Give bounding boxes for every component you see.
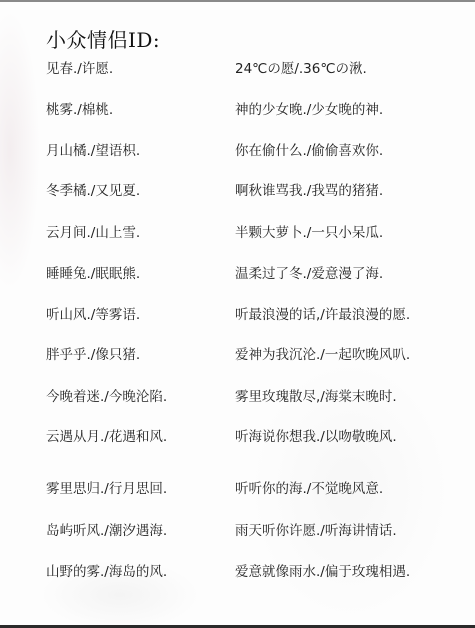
left-id: 月山橘./望语枳. xyxy=(46,141,140,161)
right-id: 爱意就像雨水./偏于玫瑰相遇. xyxy=(235,562,410,582)
right-id: 听听你的海./不觉晚风意. xyxy=(235,479,383,499)
left-id: 冬季橘./又见夏. xyxy=(46,181,140,201)
list-item: 冬季橘./又见夏. 啊秋谁骂我./我骂的猪猪. xyxy=(0,181,475,201)
left-id: 山野的雾./海岛的风. xyxy=(46,562,167,582)
list-item: 月山橘./望语枳. 你在偷什么./偷偷喜欢你. xyxy=(0,141,475,161)
list-item: 雾里思归./行月思回. 听听你的海./不觉晚风意. xyxy=(0,479,475,499)
left-id: 岛屿听风./潮汐遇海. xyxy=(46,521,167,541)
right-id: 雨天听你许愿./听海讲情话. xyxy=(235,521,397,541)
list-item: 岛屿听风./潮汐遇海. 雨天听你许愿./听海讲情话. xyxy=(0,521,475,541)
right-id: 神的少女晚./少女晚的神. xyxy=(235,100,383,120)
left-id: 胖乎乎./像只猪. xyxy=(46,345,140,365)
list-item: 见春./许愿. 24℃の愿/.36℃の湫. xyxy=(0,59,475,79)
list-item: 听山风./等雾语. 听最浪漫的话,/许最浪漫的愿. xyxy=(0,305,475,325)
left-id: 见春./许愿. xyxy=(46,59,113,79)
left-id: 睡睡兔./眠眠熊. xyxy=(46,264,140,284)
list-item: 睡睡兔./眠眠熊. 温柔过了冬./爱意漫了海. xyxy=(0,264,475,284)
left-id: 云月间./山上雪. xyxy=(46,223,140,243)
page-title: 小众情侣ID: xyxy=(46,24,160,53)
list-item: 山野的雾./海岛的风. 爱意就像雨水./偏于玫瑰相遇. xyxy=(0,562,475,582)
left-id: 桃雾./棉桃. xyxy=(46,100,113,120)
list-item: 云月间./山上雪. 半颗大萝卜./一只小呆瓜. xyxy=(0,223,475,243)
right-id: 24℃の愿/.36℃の湫. xyxy=(235,59,367,79)
right-id: 听最浪漫的话,/许最浪漫的愿. xyxy=(235,305,410,325)
list-item: 云遇从月./花遇和风. 听海说你想我./以吻敬晚风. xyxy=(0,427,475,447)
right-id: 雾里玫瑰散尽,/海棠末晚时. xyxy=(235,387,397,407)
left-id: 雾里思归./行月思回. xyxy=(46,479,167,499)
list-item: 胖乎乎./像只猪. 爱神为我沉沦./一起吹晚风叭. xyxy=(0,345,475,365)
right-id: 你在偷什么./偷偷喜欢你. xyxy=(235,141,383,161)
right-id: 爱神为我沉沦./一起吹晚风叭. xyxy=(235,345,410,365)
list-item: 今晚着迷./今晚沦陷. 雾里玫瑰散尽,/海棠末晚时. xyxy=(0,387,475,407)
left-id: 云遇从月./花遇和风. xyxy=(46,427,167,447)
left-id: 听山风./等雾语. xyxy=(46,305,140,325)
right-id: 温柔过了冬./爱意漫了海. xyxy=(235,264,383,284)
left-id: 今晚着迷./今晚沦陷. xyxy=(46,387,167,407)
right-id: 听海说你想我./以吻敬晚风. xyxy=(235,427,397,447)
list-item: 桃雾./棉桃. 神的少女晚./少女晚的神. xyxy=(0,100,475,120)
top-border xyxy=(0,0,475,2)
right-id: 啊秋谁骂我./我骂的猪猪. xyxy=(235,181,383,201)
right-id: 半颗大萝卜./一只小呆瓜. xyxy=(235,223,383,243)
